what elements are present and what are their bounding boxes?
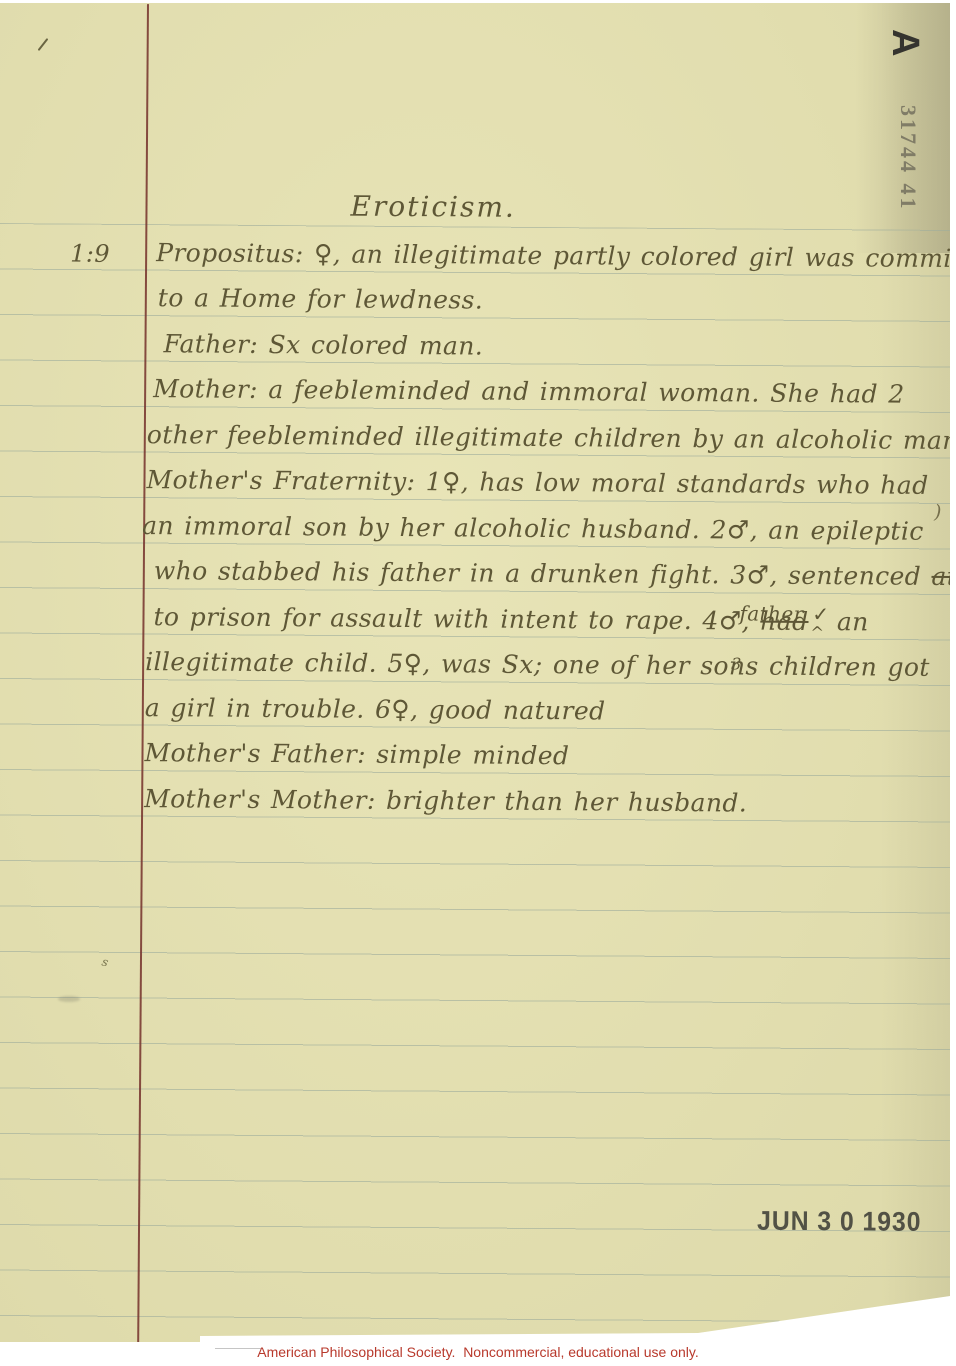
handwriting-line: who stabbed his father in a drunken figh… [154, 551, 956, 597]
text-segment: illegitimate child. 5♀, was Sx; one of h… [145, 647, 930, 682]
text-segment: Father: Sx colored man. [163, 329, 483, 360]
struck-word: at [931, 562, 956, 591]
corner-letter-mark: A [886, 29, 924, 56]
text-segment: Mother's Father: simple minded [144, 738, 569, 770]
margin-index-label: 1:9 [70, 234, 110, 274]
footer-credit: American Philosophical Society. Noncomme… [0, 1344, 956, 1360]
handwriting-line: illegitimate child. 5♀, was Sx; one of h… [145, 642, 930, 688]
handwriting-line: a girl in trouble. 6♀, good natured [145, 688, 606, 731]
handwriting-line: Mother's Mother: brighter than her husba… [144, 779, 747, 823]
page-content: Eroticism. 1:9 Propositus: ♀, an illegit… [0, 3, 950, 1350]
text-segment: to a Home for lewdness. [158, 283, 484, 314]
text-segment: Mother's Fraternity: 1♀, has low moral s… [146, 465, 928, 500]
text-segment: an [826, 607, 868, 636]
handwriting-line: other feebleminded illegitimate children… [147, 415, 956, 461]
handwriting-line: Mother's Father: simple minded [144, 733, 569, 776]
negative-number-stamp: 31744 41 [897, 105, 919, 212]
smudge-mark [58, 996, 80, 1002]
handwriting-line: an immoral son by her alcoholic husband.… [142, 506, 924, 552]
handwriting-line: Mother: a feebleminded and immoral woman… [153, 369, 905, 415]
text-segment: a girl in trouble. 6♀, good natured [145, 693, 606, 725]
stray-pen-mark: ) [934, 501, 941, 523]
interlinear-annotation: 3 [731, 654, 742, 673]
note-title: Eroticism. [350, 187, 516, 228]
handwriting-line: to a Home for lewdness. [158, 278, 484, 320]
text-segment: Propositus: ♀, an illegitimate partly co… [156, 238, 956, 273]
handwriting-line: Mother's Fraternity: 1♀, has low moral s… [146, 460, 928, 506]
handwriting-line: Propositus: ♀, an illegitimate partly co… [156, 233, 956, 279]
notebook-page: Eroticism. 1:9 Propositus: ♀, an illegit… [0, 3, 950, 1343]
text-segment: to prison for assault with intent to rap… [153, 602, 760, 635]
text-segment: Mother: a feebleminded and immoral woman… [153, 374, 905, 409]
text-segment: an immoral son by her alcoholic husband.… [142, 511, 924, 546]
text-segment: who stabbed his father in a drunken figh… [154, 556, 932, 591]
text-segment: Mother's Mother: brighter than her husba… [144, 784, 747, 817]
text-segment: other feebleminded illegitimate children… [147, 420, 956, 455]
handwriting-line: Father: Sx colored man. [163, 324, 483, 366]
interlinear-annotation: father ✓ [739, 601, 829, 626]
date-stamp: JUN 3 0 1930 [757, 1206, 922, 1238]
